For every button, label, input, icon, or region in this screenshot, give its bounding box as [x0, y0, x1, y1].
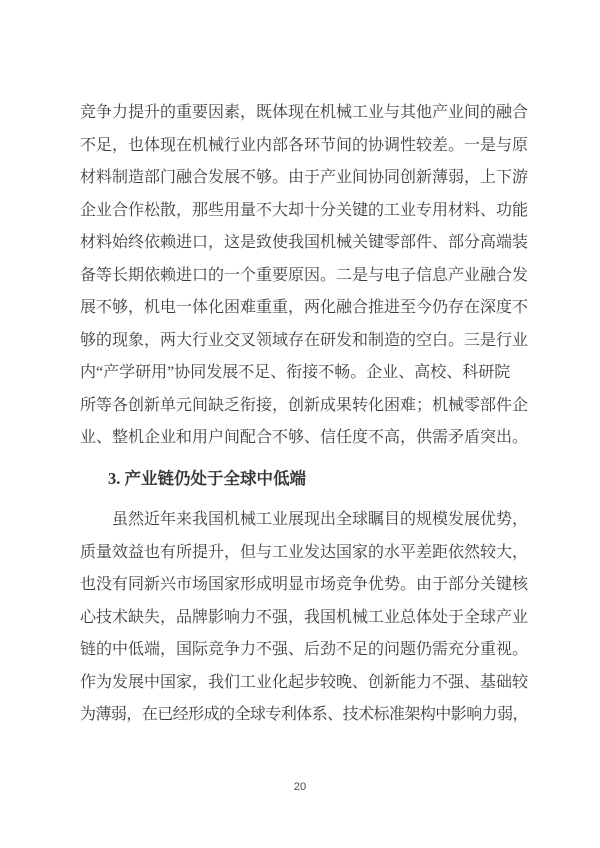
text-line: 虽然近年来我国机械工业展现出全球瞩目的规模发展优势，	[80, 504, 528, 537]
text-line: 心技术缺失，品牌影响力不强，我国机械工业总体处于全球产业	[80, 602, 528, 635]
paragraph: 竞争力提升的重要因素，既体现在机械工业与其他产业间的融合不足，也体现在机械行业内…	[80, 97, 528, 455]
text-line: 作为发展中国家，我们工业化起步较晚、创新能力不强、基础较	[80, 667, 528, 700]
text-line: 业、整机企业和用户间配合不够、信任度不高，供需矛盾突出。	[80, 422, 528, 455]
text-line: 展不够，机电一体化困难重重，两化融合推进至今仍存在深度不	[80, 292, 528, 325]
text-line: 所等各创新单元间缺乏衔接，创新成果转化困难；机械零部件企	[80, 390, 528, 423]
document-page: 竞争力提升的重要因素，既体现在机械工业与其他产业间的融合不足，也体现在机械行业内…	[0, 0, 600, 848]
text-line: 内“产学研用”协同发展不足、衔接不畅。企业、高校、科研院	[80, 357, 528, 390]
text-line: 也没有同新兴市场国家形成明显市场竞争优势。由于部分关键核	[80, 569, 528, 602]
text-line: 企业合作松散，那些用量不大却十分关键的工业专用材料、功能	[80, 195, 528, 228]
text-line: 链的中低端，国际竞争力不强、后劲不足的问题仍需充分重视。	[80, 634, 528, 667]
text-line: 为薄弱，在已经形成的全球专利体系、技术标准架构中影响力弱，	[80, 699, 528, 732]
text-line: 材料始终依赖进口，这是致使我国机械关键零部件、部分高端装	[80, 227, 528, 260]
text-line: 够的现象，两大行业交叉领域存在研发和制造的空白。三是行业	[80, 325, 528, 358]
text-line: 竞争力提升的重要因素，既体现在机械工业与其他产业间的融合	[80, 97, 528, 130]
text-line: 质量效益也有所提升，但与工业发达国家的水平差距依然较大，	[80, 537, 528, 570]
paragraph: 虽然近年来我国机械工业展现出全球瞩目的规模发展优势，质量效益也有所提升，但与工业…	[80, 504, 528, 732]
text-line: 备等长期依赖进口的一个重要原因。二是与电子信息产业融合发	[80, 260, 528, 293]
text-line: 材料制造部门融合发展不够。由于产业间协同创新薄弱，上下游	[80, 162, 528, 195]
page-number: 20	[0, 781, 600, 793]
text-line: 不足，也体现在机械行业内部各环节间的协调性较差。一是与原	[80, 130, 528, 163]
section-heading: 3. 产业链仍处于全球中低端	[80, 463, 528, 496]
document-body: 竞争力提升的重要因素，既体现在机械工业与其他产业间的融合不足，也体现在机械行业内…	[80, 97, 528, 732]
